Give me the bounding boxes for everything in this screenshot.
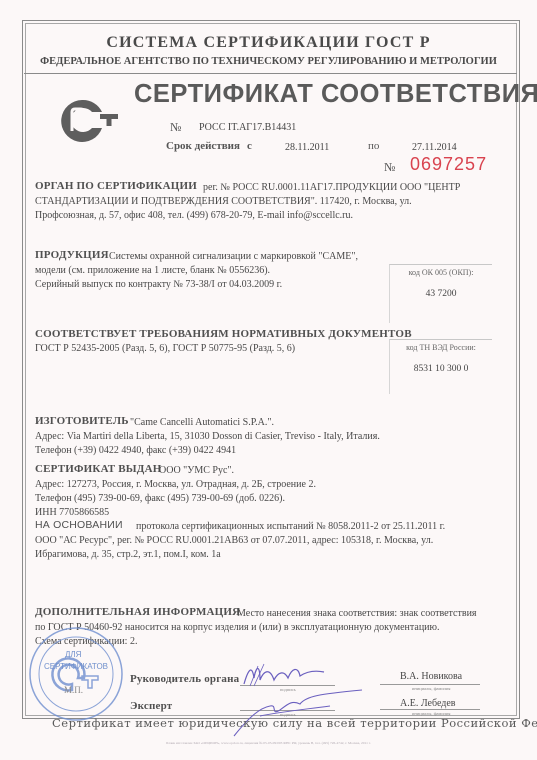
basis-protocol: протокола сертификационных испытаний № 8… bbox=[136, 520, 445, 535]
number-label: № bbox=[170, 120, 181, 135]
additional-info-text: Место нанесения знака соответствия: знак… bbox=[237, 607, 477, 622]
product-line: Системы охранной сигнализации с маркиров… bbox=[109, 250, 358, 265]
valid-to-label: по bbox=[368, 140, 379, 152]
tnved-code-box: код ТН ВЭД России: 8531 10 300 0 bbox=[389, 339, 492, 394]
legal-validity-statement: Сертификат имеет юридическую силу на все… bbox=[52, 716, 537, 730]
compliance-label: СООТВЕТСТВУЕТ ТРЕБОВАНИЯМ НОРМАТИВНЫХ ДО… bbox=[35, 328, 412, 340]
header-divider bbox=[24, 73, 517, 74]
valid-from-date: 28.11.2011 bbox=[285, 142, 329, 153]
basis-label: НА ОСНОВАНИИ bbox=[35, 519, 123, 531]
rst-logo-icon bbox=[58, 98, 120, 142]
stamp-text-middle: СЕРТИФИКАТОВ bbox=[44, 662, 108, 671]
stamp-text-top: ДЛЯ bbox=[65, 650, 81, 659]
valid-to-date: 27.11.2014 bbox=[412, 142, 457, 153]
certification-body-line: СТАНДАРТИЗАЦИИ И ПОДТВЕРЖДЕНИЯ СООТВЕТСТ… bbox=[35, 195, 412, 210]
seal-stamp-icon bbox=[28, 618, 124, 726]
head-name-caption: инициалы, фамилия bbox=[412, 686, 451, 691]
validity-label: Срок действия bbox=[166, 140, 240, 152]
valid-from-label: с bbox=[247, 140, 252, 152]
blank-number-label: № bbox=[384, 160, 395, 175]
head-name-line bbox=[380, 684, 480, 685]
agency-heading: ФЕДЕРАЛЬНОЕ АГЕНТСТВО ПО ТЕХНИЧЕСКОМУ РЕ… bbox=[0, 56, 537, 67]
basis-line: ООО "АС Ресурс", рег. № РОСС RU.0001.21А… bbox=[35, 534, 433, 549]
document-title: СЕРТИФИКАТ СООТВЕТСТВИЯ bbox=[134, 80, 537, 109]
stamp-mp: М.П. bbox=[64, 685, 83, 695]
product-line: модели (см. приложение на 1 листе, бланк… bbox=[35, 264, 270, 279]
product-line: Серийный выпуск по контракту № 73-38/I о… bbox=[35, 278, 282, 293]
issued-to-label: СЕРТИФИКАТ ВЫДАН bbox=[35, 463, 161, 475]
print-info: Бланк изготовлен ЗАО «ОПЦИОН», www.opcio… bbox=[0, 741, 537, 745]
issued-to-name: ООО "УМС Рус". bbox=[159, 464, 234, 479]
blank-number: 0697257 bbox=[410, 154, 487, 175]
manufacturer-name: "Came Cancelli Automatici S.P.A.". bbox=[130, 416, 274, 431]
manufacturer-address: Адрес: Via Martiri della Liberta, 15, 31… bbox=[35, 430, 380, 445]
additional-info-label: ДОПОЛНИТЕЛЬНАЯ ИНФОРМАЦИЯ bbox=[35, 606, 240, 618]
manufacturer-label: ИЗГОТОВИТЕЛЬ bbox=[35, 415, 129, 427]
certification-body-line: Профсоюзная, д. 57, офис 408, тел. (499)… bbox=[35, 209, 353, 224]
system-heading: СИСТЕМА СЕРТИФИКАЦИИ ГОСТ Р bbox=[0, 34, 537, 52]
head-of-body-label: Руководитель органа bbox=[130, 673, 239, 685]
certification-body-label: ОРГАН ПО СЕРТИФИКАЦИИ bbox=[35, 180, 197, 192]
compliance-standards: ГОСТ Р 52435-2005 (Разд. 5, 6), ГОСТ Р 5… bbox=[35, 342, 295, 357]
okp-code-box: код ОК 005 (ОКП): 43 7200 bbox=[389, 264, 492, 323]
tnved-code-value: 8531 10 300 0 bbox=[390, 364, 492, 374]
tnved-code-label: код ТН ВЭД России: bbox=[390, 343, 492, 352]
manufacturer-phone: Телефон (+39) 0422 4940, факс (+39) 0422… bbox=[35, 444, 236, 459]
issued-to-address: Адрес: 127273, Россия, г. Москва, ул. От… bbox=[35, 478, 316, 493]
certification-body-line: рег. № РОСС RU.0001.11АГ17.ПРОДУКЦИИ ООО… bbox=[203, 181, 460, 196]
product-label: ПРОДУКЦИЯ bbox=[35, 249, 109, 261]
expert-label: Эксперт bbox=[130, 700, 172, 712]
basis-line: Ибрагимова, д. 35, стр.2, эт.1, пом.I, к… bbox=[35, 548, 221, 563]
okp-code-value: 43 7200 bbox=[390, 289, 492, 299]
expert-name-line bbox=[380, 709, 480, 710]
okp-code-label: код ОК 005 (ОКП): bbox=[390, 268, 492, 277]
issued-to-phone: Телефон (495) 739-00-69, факс (495) 739-… bbox=[35, 492, 285, 507]
expert-signature-icon bbox=[230, 686, 370, 740]
certificate-number: РОСС IT.АГ17.В14431 bbox=[199, 122, 296, 133]
head-of-body-name: В.А. Новикова bbox=[400, 670, 462, 685]
